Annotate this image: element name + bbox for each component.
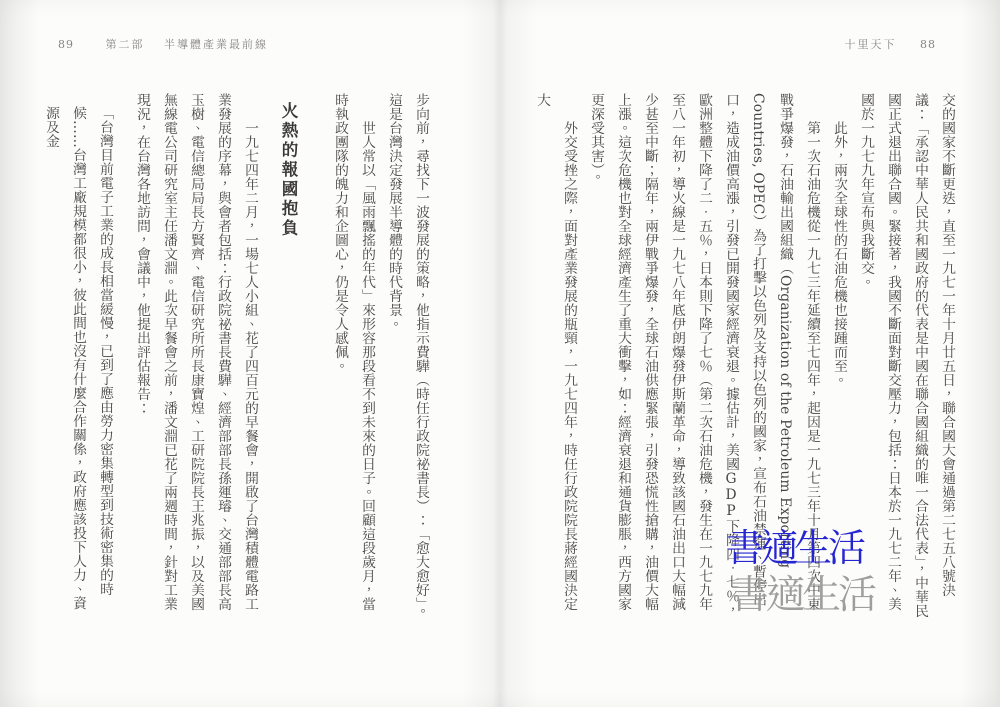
- left-page-text: 步向前，尋找下一波發展的策略，他指示費驊（時任行政院祕書長）：「愈大愈好」。這是…: [54, 93, 434, 621]
- book-title: 十里天下: [845, 38, 897, 51]
- paragraph-turbulent-era: 世人常以「風雨飄搖的年代」來形容那段看不到未來的日子。回顧這段歲月，當時執政團隊…: [326, 93, 380, 621]
- text-run: 下降四．七％，歐洲整體下降了二．五％，日本則下降了七％（第二次石油危機，發生在一…: [588, 93, 739, 617]
- part-label: 第二部: [106, 38, 145, 51]
- book-spread: 89 第二部 半導體產業最前線 十里天下 88 交的國家不斷更迭，直至一九七一年…: [0, 0, 1000, 707]
- paragraph-un-withdrawal: 交的國家不斷更迭，直至一九七一年十月廿五日，聯合國大會通過第二七五八號決議：「承…: [852, 93, 960, 621]
- page-gutter: [462, 0, 538, 707]
- left-page-number: 89: [58, 38, 74, 51]
- page-edge-right: [960, 0, 1000, 707]
- text-run-gdp: GDP: [723, 471, 739, 519]
- right-page-number: 88: [920, 38, 936, 51]
- paragraph-oil-crises-intro: 此外，兩次全球性的石油危機也接踵而至。: [825, 93, 852, 621]
- left-page-header: 89 第二部 半導體產業最前線: [58, 36, 268, 52]
- paragraph-ciang-decision: 外交受挫之際，面對產業發展的瓶頸，一九七四年，時任行政院院長蔣經國決定大: [528, 93, 582, 621]
- chapter-title: 半導體產業最前線: [164, 38, 268, 51]
- paragraph-report-quote: 「台灣目前電子工業的成長相當緩慢，已到了應由勞力密集轉型到技術密集的時候……台灣…: [37, 106, 118, 621]
- paragraph-oil-crisis-detail: 第一次石油危機從一九七三年延續至七四年，起因是一九七三年十月第四次中東戰爭爆發，…: [582, 93, 825, 621]
- right-page-header: 十里天下 88: [845, 36, 937, 52]
- paragraph-breakfast-meeting: 一九七四年二月，一場七人小組、花了四百元的早餐會，開啟了台灣積體電路工業發展的序…: [128, 93, 263, 621]
- right-page-text: 交的國家不斷更迭，直至一九七一年十月廿五日，聯合國大會通過第二七五八號決議：「承…: [580, 93, 960, 621]
- section-heading: 火熱的報國抱負: [276, 93, 300, 621]
- paragraph-semiconductor-background: 步向前，尋找下一波發展的策略，他指示費驊（時任行政院祕書長）：「愈大愈好」。這是…: [380, 93, 434, 621]
- page-edge-left: [0, 0, 40, 707]
- quote-block: 「台灣目前電子工業的成長相當緩慢，已到了應由勞力密集轉型到技術密集的時候……台灣…: [37, 93, 118, 621]
